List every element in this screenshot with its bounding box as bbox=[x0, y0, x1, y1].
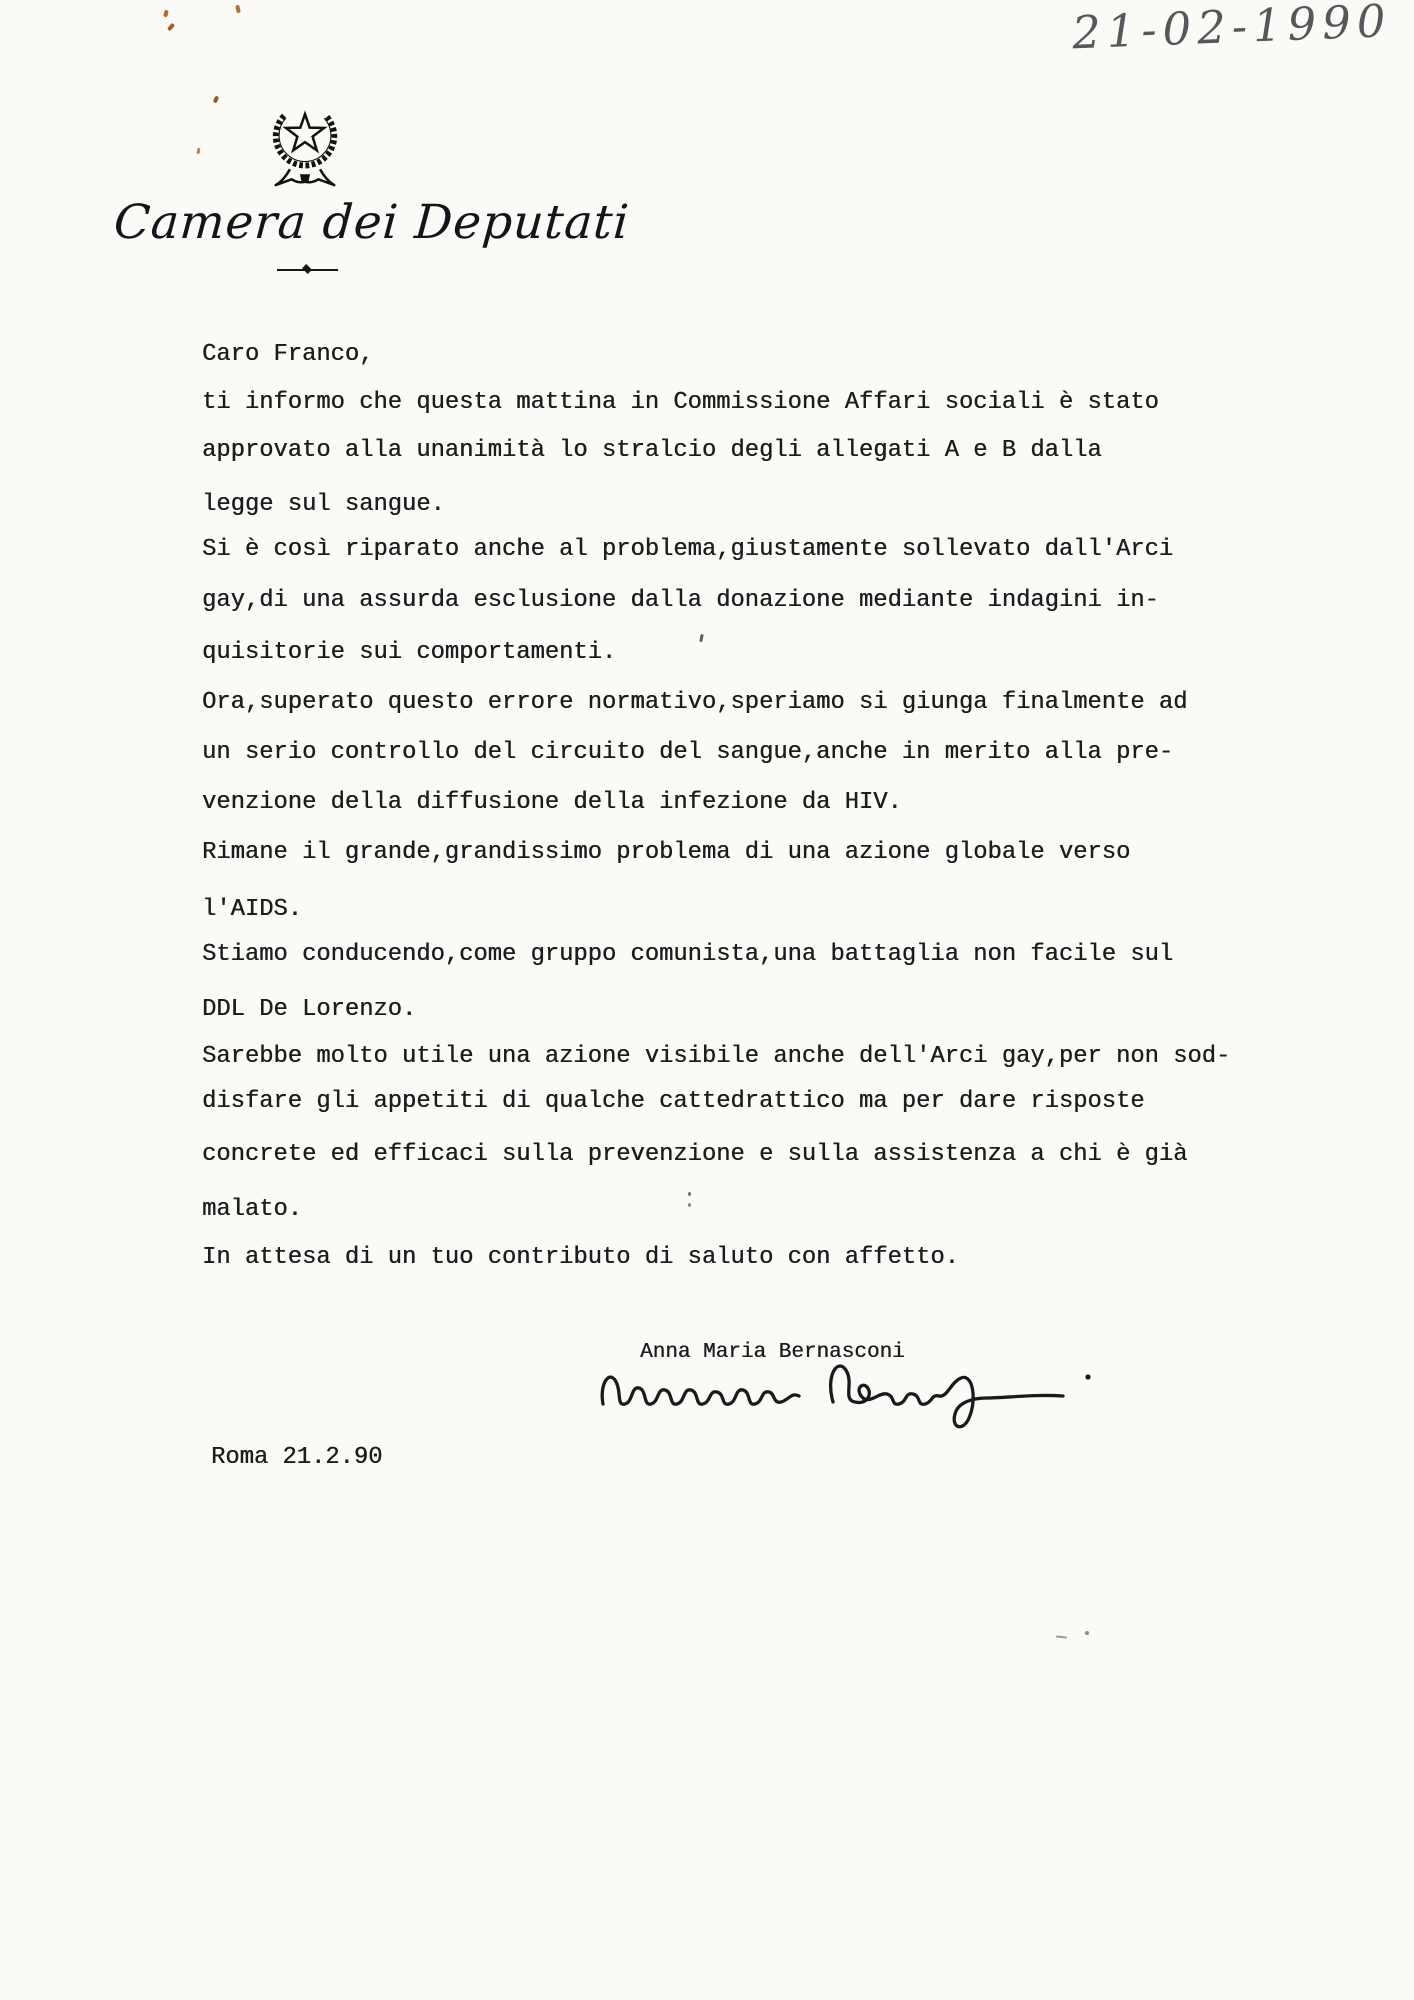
handwritten-signature bbox=[585, 1352, 1115, 1452]
scan-artifact bbox=[688, 1203, 691, 1207]
scan-artifact bbox=[1085, 1631, 1089, 1635]
scan-artifact bbox=[235, 5, 241, 14]
scan-artifact bbox=[167, 23, 175, 32]
place-date: Roma 21.2.90 bbox=[211, 1444, 382, 1471]
scan-artifact bbox=[163, 10, 169, 18]
letter-line: Sarebbe molto utile una azione visibile … bbox=[202, 1042, 1230, 1072]
letter-line: concrete ed efficaci sulla prevenzione e… bbox=[202, 1140, 1187, 1170]
letter-line: gay,di una assurda esclusione dalla dona… bbox=[202, 586, 1159, 616]
letter-line: disfare gli appetiti di qualche cattedra… bbox=[202, 1087, 1145, 1117]
letter-line: malato. bbox=[202, 1195, 302, 1225]
scan-artifact bbox=[699, 634, 704, 642]
scan-artifact bbox=[688, 1192, 691, 1196]
letter-line: Caro Franco, bbox=[202, 340, 373, 370]
letter-line: l'AIDS. bbox=[202, 895, 302, 925]
letter-line: DDL De Lorenzo. bbox=[202, 995, 416, 1025]
letter-line: venzione della diffusione della infezion… bbox=[202, 788, 902, 818]
scan-artifact bbox=[197, 148, 201, 154]
letter-line: Rimane il grande,grandissimo problema di… bbox=[202, 838, 1130, 868]
scan-artifact bbox=[213, 95, 220, 103]
letterhead-institution: Camera dei Deputati bbox=[112, 192, 636, 254]
letter-line: legge sul sangue. bbox=[202, 490, 445, 520]
letter-line: Ora,superato questo errore normativo,spe… bbox=[202, 688, 1187, 718]
scanned-letter-page: 21-02-1990 Camera dei Deputati Caro Fran… bbox=[0, 0, 1414, 2000]
letter-line: un serio controllo del circuito del sang… bbox=[202, 738, 1173, 768]
letterhead-divider-diamond bbox=[302, 264, 312, 274]
letter-line: approvato alla unanimità lo stralcio deg… bbox=[202, 436, 1102, 466]
letter-line: Stiamo conducendo,come gruppo comunista,… bbox=[202, 940, 1173, 970]
scan-artifact bbox=[1056, 1635, 1067, 1638]
letter-line: ti informo che questa mattina in Commiss… bbox=[202, 388, 1159, 418]
letter-line: Si è così riparato anche al problema,giu… bbox=[202, 535, 1173, 565]
letter-line: quisitorie sui comportamenti. bbox=[202, 638, 616, 668]
handwritten-date: 21-02-1990 bbox=[1071, 0, 1403, 59]
letter-line: In attesa di un tuo contributo di saluto… bbox=[202, 1243, 959, 1273]
italy-emblem-icon bbox=[263, 94, 347, 196]
